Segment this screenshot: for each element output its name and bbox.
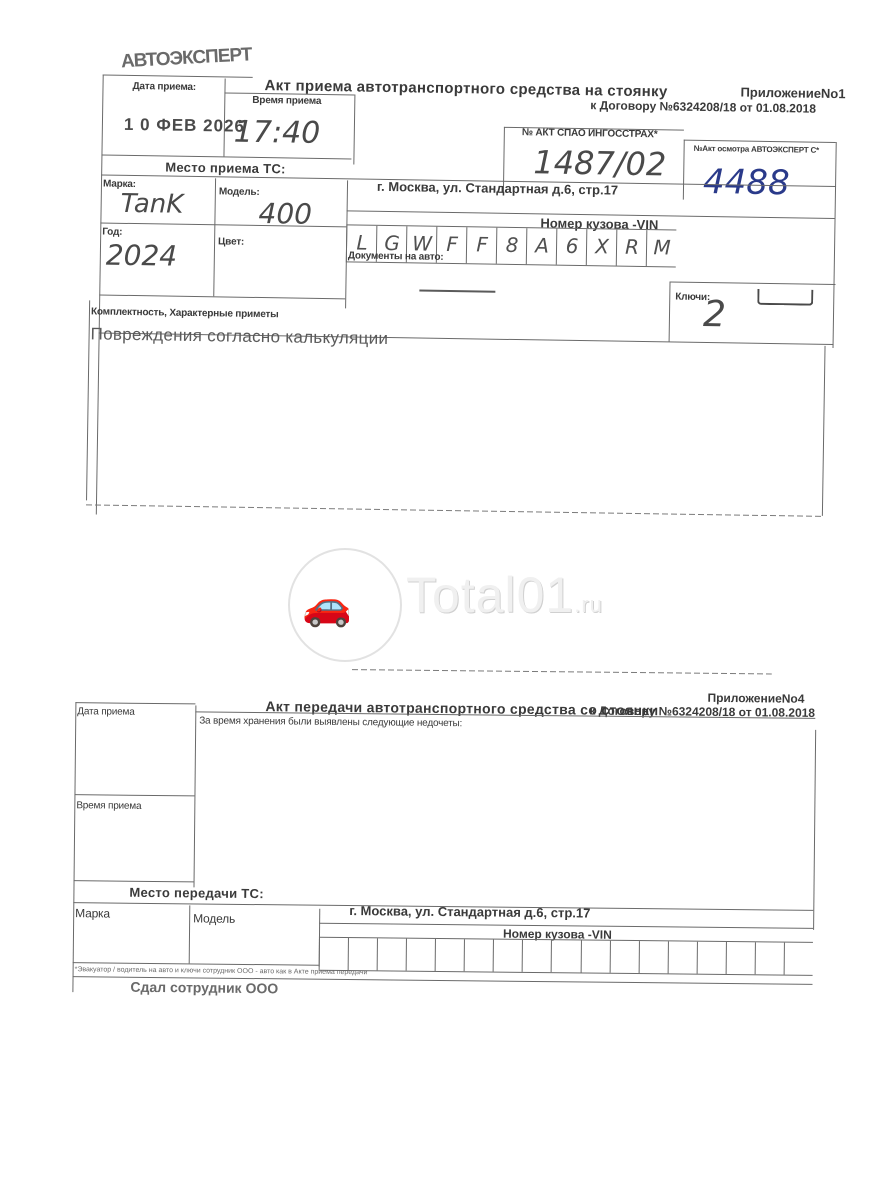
vin-char-cell: M xyxy=(646,230,678,266)
vin-empty-cell[interactable] xyxy=(377,938,407,970)
form-acceptance-act: АВТОЭКСПЕРТ ПриложениеNo1 к Договору №63… xyxy=(0,0,875,547)
vin-empty-cell[interactable] xyxy=(493,940,523,972)
vin-empty-cell[interactable] xyxy=(638,941,668,973)
year-label: Год: xyxy=(102,227,122,238)
handed-by-label: Сдал сотрудник ООО xyxy=(130,979,278,997)
vin-empty-cell[interactable] xyxy=(435,939,465,971)
equipment-value: Повреждения согласно калькуляции xyxy=(90,324,388,349)
vin-char-cell: A xyxy=(526,228,558,264)
vin-empty-cell[interactable] xyxy=(522,940,552,972)
vin-char-cell: 8 xyxy=(496,228,528,264)
year-value: 2024 xyxy=(106,239,178,273)
equipment-label: Комплектность, Характерные приметы xyxy=(91,306,279,320)
vin-char-cell: R xyxy=(616,230,648,266)
brand-value: TanK xyxy=(120,189,183,220)
form-handover-act: ПриложениеNo4 к Договору №6324208/18 от … xyxy=(0,665,875,1014)
model-label: Модель: xyxy=(219,186,260,198)
vin-empty-cell[interactable] xyxy=(406,939,436,971)
vin-char-cell: X xyxy=(586,229,618,265)
watermark-brand: Total01.ru xyxy=(406,566,603,624)
handover-vin-field[interactable] xyxy=(319,937,813,976)
ingos-act-value: 1487/02 xyxy=(533,143,667,183)
handover-brand-field[interactable] xyxy=(75,920,189,961)
remarks-field[interactable] xyxy=(196,731,810,887)
docs-value-dash xyxy=(419,290,495,293)
vin-empty-cell[interactable] xyxy=(696,942,726,974)
date-value: 1 0 ФЕВ 2026 xyxy=(124,115,245,137)
vin-empty-cell[interactable] xyxy=(464,939,494,971)
vin-empty-cell[interactable] xyxy=(348,938,378,970)
vin-empty-cell[interactable] xyxy=(754,942,784,974)
vin-empty-cell[interactable] xyxy=(580,940,610,972)
time-label: Время приема xyxy=(252,95,321,107)
inspection-act-label: №Акт осмотра АВТОЭКСПЕРТ С* xyxy=(694,144,820,155)
handover-model-label: Модель xyxy=(193,911,235,925)
handover-brand-label: Марка xyxy=(75,906,110,920)
time-value: 17:40 xyxy=(234,115,321,151)
vin-empty-cell[interactable] xyxy=(319,938,349,970)
vin-empty-cell[interactable] xyxy=(725,942,755,974)
vin-empty-cell[interactable] xyxy=(551,940,581,972)
handover-address: г. Москва, ул. Стандартная д.6, стр.17 xyxy=(349,903,590,921)
handover-place-label: Место передачи ТС: xyxy=(129,885,264,901)
vin-char-cell: F xyxy=(466,227,498,263)
keys-bracket-mark xyxy=(757,289,813,306)
ingos-act-label: № АКТ СПАО ИНГОССТРАХ* xyxy=(522,127,658,140)
vin-empty-cell[interactable] xyxy=(784,943,814,975)
date-label: Дата приема: xyxy=(132,81,196,93)
vin-char-cell: 6 xyxy=(556,229,588,265)
handover-time-label: Время приема xyxy=(76,800,141,812)
handover-model-field[interactable] xyxy=(193,925,317,964)
vin-empty-cell[interactable] xyxy=(667,941,697,973)
docs-label: Документы на авто: xyxy=(348,250,444,262)
remarks-label: За время хранения были выявлены следующи… xyxy=(199,715,462,729)
color-label: Цвет: xyxy=(218,236,244,247)
handover-date-label: Дата приема xyxy=(77,706,134,718)
appendix-number: ПриложениеNo4 xyxy=(707,691,804,706)
stamp-logo: АВТОЭКСПЕРТ xyxy=(120,44,252,73)
inspection-act-value: 4488 xyxy=(703,162,790,203)
form-title: Акт приема автотранспортного средства на… xyxy=(264,77,667,100)
contract-reference: к Договору №6324208/18 от 01.08.2018 xyxy=(590,98,816,116)
appendix-number: ПриложениеNo1 xyxy=(740,85,845,102)
watermark: 🚗 Total01.ru xyxy=(288,548,608,668)
place-label: Место приема ТС: xyxy=(165,160,286,177)
keys-value: 2 xyxy=(703,294,727,335)
car-icon: 🚗 xyxy=(302,582,352,629)
vin-empty-cell[interactable] xyxy=(609,941,639,973)
